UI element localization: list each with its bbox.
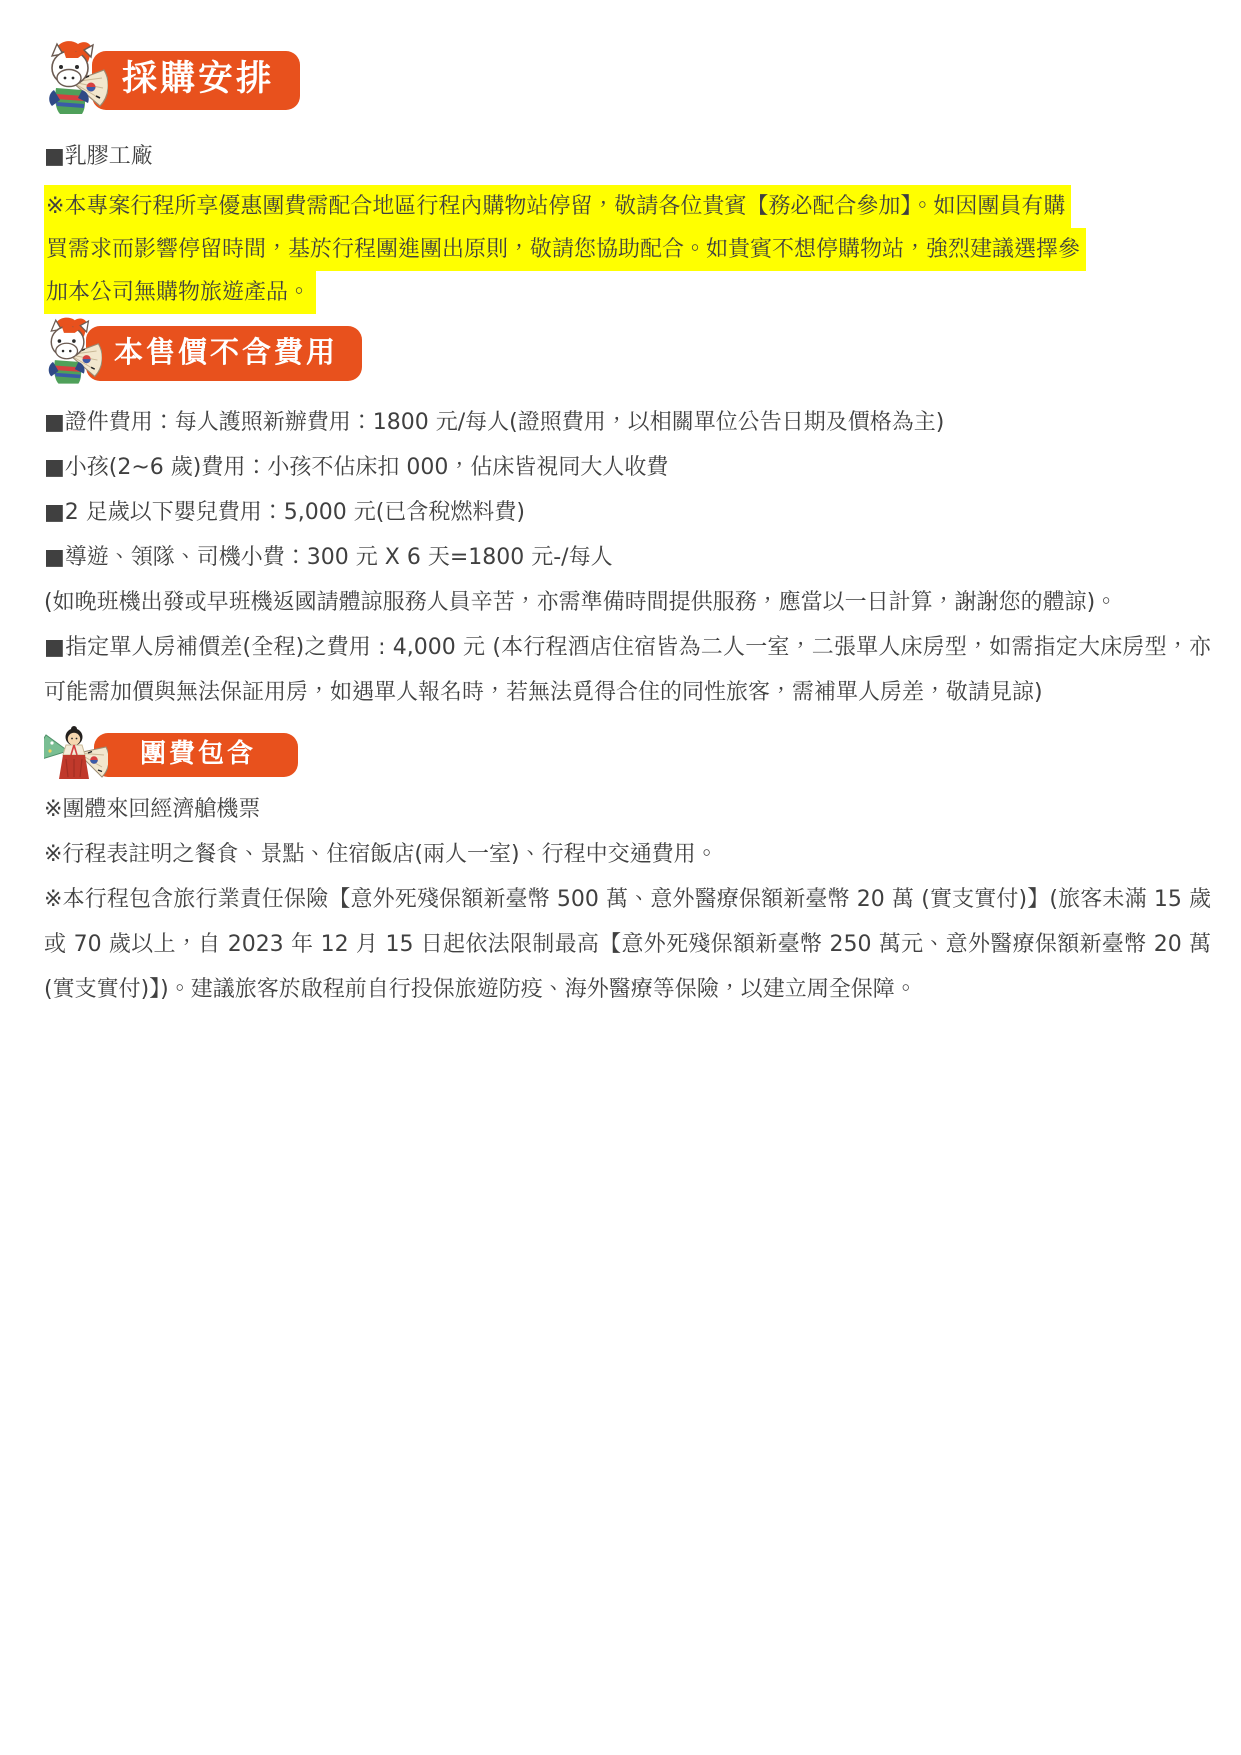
excluded-badge: 本售價不含費用 bbox=[86, 326, 362, 381]
included-badge: 團費包含 bbox=[94, 733, 298, 777]
excluded-fee-list: ■證件費用：每人護照新辦費用：1800 元/每人(證照費用，以相關單位公告日期及… bbox=[44, 400, 1211, 715]
fee-item: ■導遊、領隊、司機小費：300 元 X 6 天=1800 元-/每人 bbox=[44, 535, 1211, 580]
included-section-header: 團費包含 bbox=[44, 725, 1211, 785]
fee-item: ■指定單人房補價差(全程)之費用 : 4,000 元 (本行程酒店住宿皆為二人一… bbox=[44, 625, 1211, 715]
document-page: 採購安排 ■乳膠工廠 ※本專案行程所享優惠團費需配合地區行程內購物站停留，敬請各… bbox=[0, 0, 1241, 1012]
highlight-line: ※本專案行程所享優惠團費需配合地區行程內購物站停留，敬請各位貴賓【務必配合參加】… bbox=[44, 185, 1071, 228]
fee-item: ■證件費用：每人護照新辦費用：1800 元/每人(證照費用，以相關單位公告日期及… bbox=[44, 400, 1211, 445]
horse-mascot-icon bbox=[44, 316, 102, 390]
purchase-section-header: 採購安排 bbox=[44, 40, 1211, 120]
highlight-line: 買需求而影響停留時間，基於行程團進團出原則，敬請您協助配合。如貴賓不想停購物站，… bbox=[44, 228, 1086, 271]
horse-mascot-icon bbox=[44, 40, 108, 120]
included-list: ※團體來回經濟艙機票 ※行程表註明之餐食、景點、住宿飯店(兩人一室)、行程中交通… bbox=[44, 787, 1211, 1012]
included-item: ※團體來回經濟艙機票 bbox=[44, 787, 1211, 832]
fee-item-note: (如晚班機出發或早班機返國請體諒服務人員辛苦，亦需準備時間提供服務，應當以一日計… bbox=[44, 580, 1211, 625]
fee-item: ■2 足歲以下嬰兒費用：5,000 元(已含稅燃料費) bbox=[44, 490, 1211, 535]
shopping-notice-highlight: ※本專案行程所享優惠團費需配合地區行程內購物站停留，敬請各位貴賓【務必配合參加】… bbox=[44, 185, 1211, 314]
hanbok-lady-mascot-icon bbox=[44, 725, 108, 785]
latex-factory-item: ■乳膠工廠 bbox=[44, 134, 1211, 179]
highlight-line: 加本公司無購物旅遊產品。 bbox=[44, 271, 316, 314]
excluded-section-header: 本售價不含費用 bbox=[44, 316, 1211, 390]
fee-item: ■小孩(2~6 歲)費用：小孩不佔床扣 000，佔床皆視同大人收費 bbox=[44, 445, 1211, 490]
included-item: ※行程表註明之餐食、景點、住宿飯店(兩人一室)、行程中交通費用。 bbox=[44, 832, 1211, 877]
purchase-badge: 採購安排 bbox=[92, 51, 300, 110]
included-item: ※本行程包含旅行業責任保險【意外死殘保額新臺幣 500 萬、意外醫療保額新臺幣 … bbox=[44, 877, 1211, 1012]
